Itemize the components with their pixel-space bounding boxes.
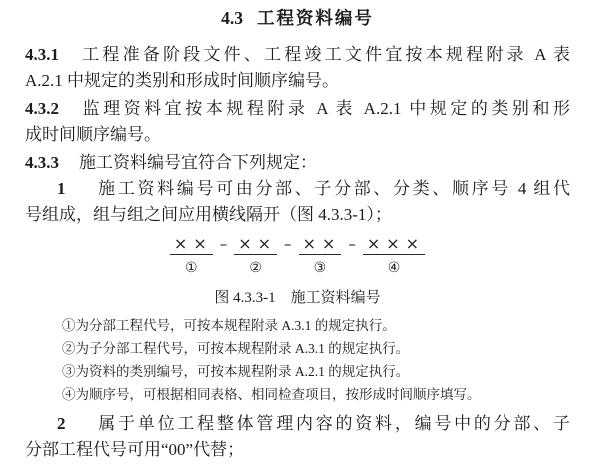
- clause-text: 施工资料编号宜符合下列规定：: [79, 153, 317, 172]
- item-number: 2: [57, 414, 66, 433]
- note-line-1: ①为分部工程代号，可按本规程附录 A.3.1 的规定执行。: [25, 314, 570, 337]
- figure-caption: 图 4.3.3-1 施工资料编号: [25, 289, 570, 308]
- circled-index-3: ③: [299, 259, 342, 277]
- circled-index-1: ①: [170, 259, 213, 277]
- clause-4-3-3: 4.3.3施工资料编号宜符合下列规定：: [25, 150, 570, 176]
- code-group-2: ××: [234, 234, 277, 255]
- item-line: 号组成，组与组之间应用横线隔开（图 4.3.3-1）；: [25, 202, 570, 228]
- section-title: 4.3工程资料编号: [25, 6, 570, 30]
- code-separator-dash: –: [284, 236, 292, 255]
- section-title-text: 工程资料编号: [257, 8, 374, 28]
- clause-text: 工程准备阶段文件、工程竣工文件宜按本规程附录 A 表: [79, 45, 570, 64]
- figure-notes: ①为分部工程代号，可按本规程附录 A.3.1 的规定执行。 ②为子分部工程代号，…: [25, 314, 570, 406]
- note-line-2: ②为子分部工程代号，可按本规程附录 A.3.1 的规定执行。: [25, 337, 570, 360]
- circled-index-4: ④: [363, 259, 425, 277]
- note-line-3: ③为资料的类别编号，可按本规程附录 A.2.1 的规定执行。: [25, 360, 570, 383]
- code-separator-dash: –: [348, 236, 356, 255]
- note-line-4: ④为顺序号，可根据相同表格、相同检查项目，按形成时间顺序填写。: [25, 383, 570, 406]
- document-page: 4.3工程资料编号 4.3.1工程准备阶段文件、工程竣工文件宜按本规程附录 A …: [0, 0, 594, 463]
- item-line: 2属于单位工程整体管理内容的资料，编号中的分部、子: [25, 411, 570, 437]
- item-line: 1施工资料编号可由分部、子分部、分类、顺序号 4 组代: [25, 176, 570, 202]
- code-separator-dash: –: [220, 236, 228, 255]
- clause-line: 4.3.1工程准备阶段文件、工程竣工文件宜按本规程附录 A 表: [25, 42, 570, 68]
- item-number: 1: [57, 179, 66, 198]
- circled-index-2: ②: [234, 259, 277, 277]
- code-group-1: ××: [170, 234, 213, 255]
- clause-line: 4.3.2监理资料宜按本规程附录 A 表 A.2.1 中规定的类别和形: [25, 96, 570, 122]
- item-text: 属于单位工程整体管理内容的资料，编号中的分部、子: [96, 414, 571, 433]
- list-item-1: 1施工资料编号可由分部、子分部、分类、顺序号 4 组代 号组成，组与组之间应用横…: [25, 176, 570, 228]
- clause-4-3-2: 4.3.2监理资料宜按本规程附录 A 表 A.2.1 中规定的类别和形 成时间顺…: [25, 96, 570, 148]
- item-line: 分部工程代号可用“00”代替；: [25, 437, 570, 463]
- clause-number: 4.3.3: [25, 153, 59, 172]
- clause-line: A.2.1 中规定的类别和形成时间顺序编号。: [25, 68, 570, 94]
- clause-number: 4.3.1: [25, 45, 59, 64]
- code-group-3: ××: [299, 234, 342, 255]
- clause-4-3-1: 4.3.1工程准备阶段文件、工程竣工文件宜按本规程附录 A 表 A.2.1 中规…: [25, 42, 570, 94]
- clause-line: 成时间顺序编号。: [25, 122, 570, 148]
- code-group-4: ×××: [363, 234, 425, 255]
- item-text: 施工资料编号可由分部、子分部、分类、顺序号 4 组代: [96, 179, 571, 198]
- figure-code-diagram: ×× – ×× – ×× – ××× ① ② ③ ④: [170, 234, 425, 277]
- clause-line: 4.3.3施工资料编号宜符合下列规定：: [25, 150, 570, 176]
- clause-text: 监理资料宜按本规程附录 A 表 A.2.1 中规定的类别和形: [79, 99, 570, 118]
- list-item-2: 2属于单位工程整体管理内容的资料，编号中的分部、子 分部工程代号可用“00”代替…: [25, 411, 570, 463]
- clause-number: 4.3.2: [25, 99, 59, 118]
- section-number: 4.3: [221, 8, 243, 28]
